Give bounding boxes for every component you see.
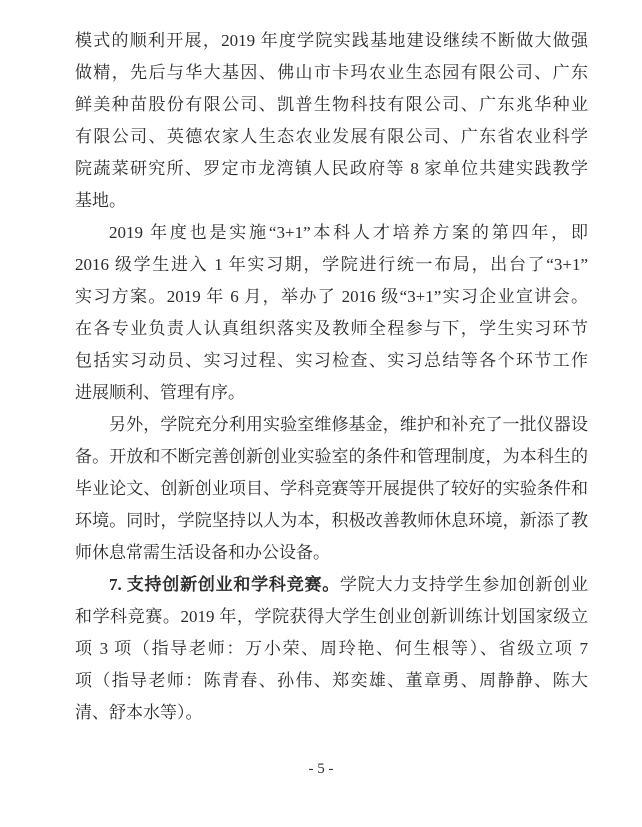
- text-line: 模式的顺利开展，2019 年度学院实践基地建设继续不断做大做强: [75, 25, 588, 57]
- text-segment: 包括实习动员、实习过程、实习检查、实习总结等各个环节工作: [75, 351, 588, 370]
- paragraph: 2019 年度也是实施“3+1”本科人才培养方案的第四年，即2016 级学生进入…: [75, 217, 588, 409]
- text-segment: 师休息常需生活设备和办公设备。: [75, 543, 330, 562]
- text-segment: 进展顺利、管理有序。: [75, 383, 245, 402]
- text-segment: 另外，学院充分利用实验室维修基金，维护和补充了一批仪器设: [109, 415, 588, 434]
- text-line: 在各专业负责人认真组织落实及教师全程参与下，学生实习环节: [75, 313, 588, 345]
- text-segment: 有限公司、英德农家人生态农业发展有限公司、广东省农业科学: [75, 127, 588, 146]
- text-line: 进展顺利、管理有序。: [75, 377, 588, 409]
- text-segment: 在各专业负责人认真组织落实及教师全程参与下，学生实习环节: [75, 319, 588, 338]
- text-segment: 和学科竞赛。2019 年，学院获得大学生创业创新训练计划国家级立: [75, 607, 588, 626]
- text-line: 清、舒本水等）。: [75, 697, 588, 729]
- document-body: 模式的顺利开展，2019 年度学院实践基地建设继续不断做大做强做精，先后与华大基…: [75, 25, 588, 729]
- text-line: 实习方案。2019 年 6 月，举办了 2016 级“3+1”实习企业宣讲会。: [75, 281, 588, 313]
- text-line: 师休息常需生活设备和办公设备。: [75, 537, 588, 569]
- text-line: 院蔬菜研究所、罗定市龙湾镇人民政府等 8 家单位共建实践教学: [75, 153, 588, 185]
- text-segment: 做精，先后与华大基因、佛山市卡玛农业生态园有限公司、广东: [75, 63, 588, 82]
- document-page: 模式的顺利开展，2019 年度学院实践基地建设继续不断做大做强做精，先后与华大基…: [0, 0, 642, 827]
- text-line: 基地。: [75, 185, 588, 217]
- page-footer: - 5 -: [0, 758, 642, 780]
- text-line: 项（指导老师：陈青春、孙伟、郑奕雄、董章勇、周静静、陈大: [75, 665, 588, 697]
- text-line: 另外，学院充分利用实验室维修基金，维护和补充了一批仪器设: [75, 409, 588, 441]
- text-segment: 项（指导老师：陈青春、孙伟、郑奕雄、董章勇、周静静、陈大: [75, 671, 588, 690]
- text-segment: 模式的顺利开展，2019 年度学院实践基地建设继续不断做大做强: [75, 31, 588, 50]
- text-line: 备。开放和不断完善创新创业实验室的条件和管理制度，为本科生的: [75, 441, 588, 473]
- text-segment: 2019 年度也是实施“3+1”本科人才培养方案的第四年，即: [109, 223, 588, 242]
- text-segment: 院蔬菜研究所、罗定市龙湾镇人民政府等 8 家单位共建实践教学: [75, 159, 588, 178]
- text-segment: 实习方案。2019 年 6 月，举办了 2016 级“3+1”实习企业宣讲会。: [75, 287, 588, 306]
- page-number: - 5 -: [309, 761, 334, 777]
- paragraph: 另外，学院充分利用实验室维修基金，维护和补充了一批仪器设备。开放和不断完善创新创…: [75, 409, 588, 569]
- text-line: 和学科竞赛。2019 年，学院获得大学生创业创新训练计划国家级立: [75, 601, 588, 633]
- paragraph: 模式的顺利开展，2019 年度学院实践基地建设继续不断做大做强做精，先后与华大基…: [75, 25, 588, 217]
- text-segment: 学院大力支持学生参加创新创业: [340, 575, 588, 594]
- text-segment: 鲜美种苗股份有限公司、凯普生物科技有限公司、广东兆华种业: [75, 95, 588, 114]
- bold-heading-segment: 7. 支持创新创业和学科竞赛。: [109, 575, 340, 594]
- text-line: 2016 级学生进入 1 年实习期，学院进行统一布局，出台了“3+1”: [75, 249, 588, 281]
- paragraph: 7. 支持创新创业和学科竞赛。学院大力支持学生参加创新创业和学科竞赛。2019 …: [75, 569, 588, 729]
- text-line: 2019 年度也是实施“3+1”本科人才培养方案的第四年，即: [75, 217, 588, 249]
- text-segment: 基地。: [75, 191, 126, 210]
- text-line: 鲜美种苗股份有限公司、凯普生物科技有限公司、广东兆华种业: [75, 89, 588, 121]
- text-segment: 清、舒本水等）。: [75, 703, 203, 722]
- text-line: 做精，先后与华大基因、佛山市卡玛农业生态园有限公司、广东: [75, 57, 588, 89]
- text-line: 包括实习动员、实习过程、实习检查、实习总结等各个环节工作: [75, 345, 588, 377]
- text-segment: 2016 级学生进入 1 年实习期，学院进行统一布局，出台了“3+1”: [75, 255, 588, 274]
- text-segment: 毕业论文、创新创业项目、学科竞赛等开展提供了较好的实验条件和: [75, 479, 588, 498]
- text-line: 毕业论文、创新创业项目、学科竞赛等开展提供了较好的实验条件和: [75, 473, 588, 505]
- text-line: 有限公司、英德农家人生态农业发展有限公司、广东省农业科学: [75, 121, 588, 153]
- text-line: 环境。同时，学院坚持以人为本，积极改善教师休息环境，新添了教: [75, 505, 588, 537]
- text-segment: 项 3 项（指导老师：万小荣、周玲艳、何生根等）、省级立项 7: [75, 639, 588, 658]
- text-line: 7. 支持创新创业和学科竞赛。学院大力支持学生参加创新创业: [75, 569, 588, 601]
- text-line: 项 3 项（指导老师：万小荣、周玲艳、何生根等）、省级立项 7: [75, 633, 588, 665]
- text-segment: 环境。同时，学院坚持以人为本，积极改善教师休息环境，新添了教: [75, 511, 588, 530]
- text-segment: 备。开放和不断完善创新创业实验室的条件和管理制度，为本科生的: [75, 447, 588, 466]
